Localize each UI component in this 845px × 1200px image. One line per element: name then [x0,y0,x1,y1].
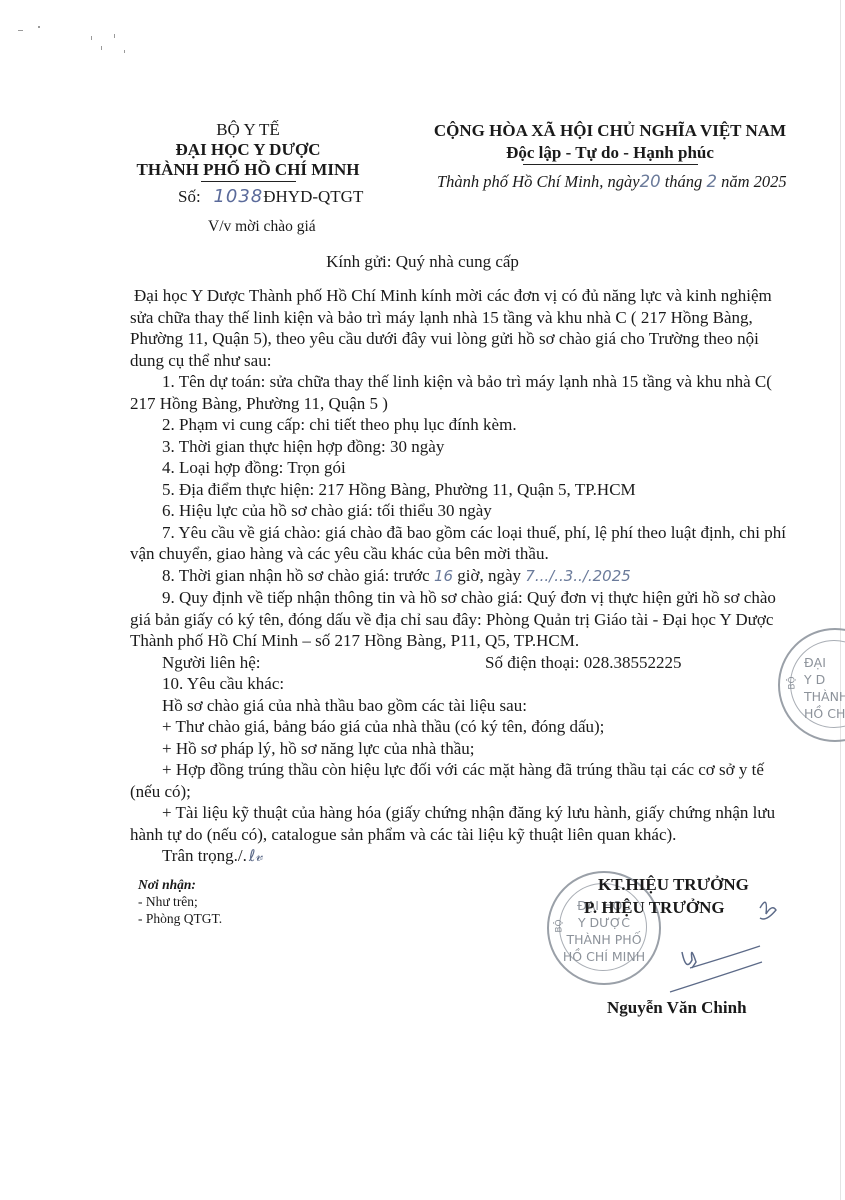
item-10-lead: Hồ sơ chào giá của nhà thầu bao gồm các … [130,695,790,717]
intro-paragraph: Đại học Y Dược Thành phố Hồ Chí Minh kín… [130,285,790,371]
recipient-2: - Phòng QTGT. [138,910,222,927]
reference-number: Số: 1038ĐHYD-QTGT [178,186,363,207]
doc-item-4: + Tài liệu kỹ thuật của hàng hóa (giấy c… [130,802,790,845]
page-edge [840,0,841,1200]
item-10-title: 10. Yêu cầu khác: [130,673,790,695]
issuing-agency: BỘ Y TẾ ĐẠI HỌC Y DƯỢC THÀNH PHỐ HỒ CHÍ … [128,120,368,188]
item-6: 6. Hiệu lực của hồ sơ chào giá: tối thiể… [130,500,790,522]
item-4: 4. Loại hợp đồng: Trọn gói [130,457,790,479]
item-1: 1. Tên dự toán: sửa chữa thay thế linh k… [130,371,790,414]
item-8-prefix: 8. Thời gian nhận hồ sơ chào giá: trước [162,566,430,585]
recipients: Nơi nhận: - Như trên; - Phòng QTGT. [138,876,222,927]
ref-suffix: ĐHYD-QTGT [263,187,363,206]
partial-stamp-text: ĐẠI Y D THÀNH HỒ CH [790,654,845,722]
item-8-mid: giờ, ngày [457,566,521,585]
national-motto: Độc lập - Tự do - Hạnh phúc [430,142,790,164]
doc-item-3: + Hợp đồng trúng thầu còn hiệu lực đối v… [130,759,790,802]
closing: Trân trọng./.ℓ𝓋 [130,845,790,867]
contact-person-label: Người liên hệ: [162,653,260,672]
university-name-line2: THÀNH PHỐ HỒ CHÍ MINH [128,160,368,180]
closing-text: Trân trọng./. [162,846,247,865]
item-7: 7. Yêu cầu về giá chào: giá chào đã bao … [130,522,790,565]
date-prefix: Thành phố Hồ Chí Minh, ngày [437,172,640,191]
contact-row: Người liên hệ: Số điện thoại: 028.385522… [130,652,790,674]
university-name-line1: ĐẠI HỌC Y DƯỢC [128,140,368,160]
date-day: 20 [640,172,661,191]
ref-label: Số: [178,187,201,206]
deadline-date: 7.../..3../.2025 [525,567,631,585]
signer-name: Nguyễn Văn Chinh [607,998,747,1018]
header-rule [201,181,296,182]
date-month-label: tháng [665,172,703,191]
item-9: 9. Quy định về tiếp nhận thông tin và hồ… [130,587,790,652]
item-3: 3. Thời gian thực hiện hợp đồng: 30 ngày [130,436,790,458]
issue-date: Thành phố Hồ Chí Minh, ngày20 tháng 2 nă… [437,172,787,192]
letter-body: Đại học Y Dược Thành phố Hồ Chí Minh kín… [130,285,790,867]
national-header: CỘNG HÒA XÃ HỘI CHỦ NGHĨA VIỆT NAM Độc l… [430,120,790,165]
motto-rule [523,164,698,165]
doc-item-1: + Thư chào giá, bảng báo giá của nhà thầ… [130,716,790,738]
date-year: năm 2025 [721,172,787,191]
item-2: 2. Phạm vi cung cấp: chi tiết theo phụ l… [130,414,790,436]
ministry-name: BỘ Y TẾ [128,120,368,140]
doc-item-2: + Hồ sơ pháp lý, hồ sơ năng lực của nhà … [130,738,790,760]
item-8: 8. Thời gian nhận hồ sơ chào giá: trước … [130,565,790,588]
ref-handwritten-number: 1038 [213,186,263,207]
country-name: CỘNG HÒA XÃ HỘI CHỦ NGHĨA VIỆT NAM [430,120,790,142]
deadline-hour: 16 [434,567,453,585]
recipients-title: Nơi nhận: [138,876,222,893]
recipient-1: - Như trên; [138,893,222,910]
subject-line: V/v mời chào giá [208,218,316,236]
item-5: 5. Địa điểm thực hiện: 217 Hồng Bàng, Ph… [130,479,790,501]
date-month: 2 [706,172,717,191]
greeting: Kính gửi: Quý nhà cung cấp [0,252,845,272]
contact-phone: Số điện thoại: 028.38552225 [453,652,681,674]
initials-mark: ℓ𝓋 [249,846,264,865]
